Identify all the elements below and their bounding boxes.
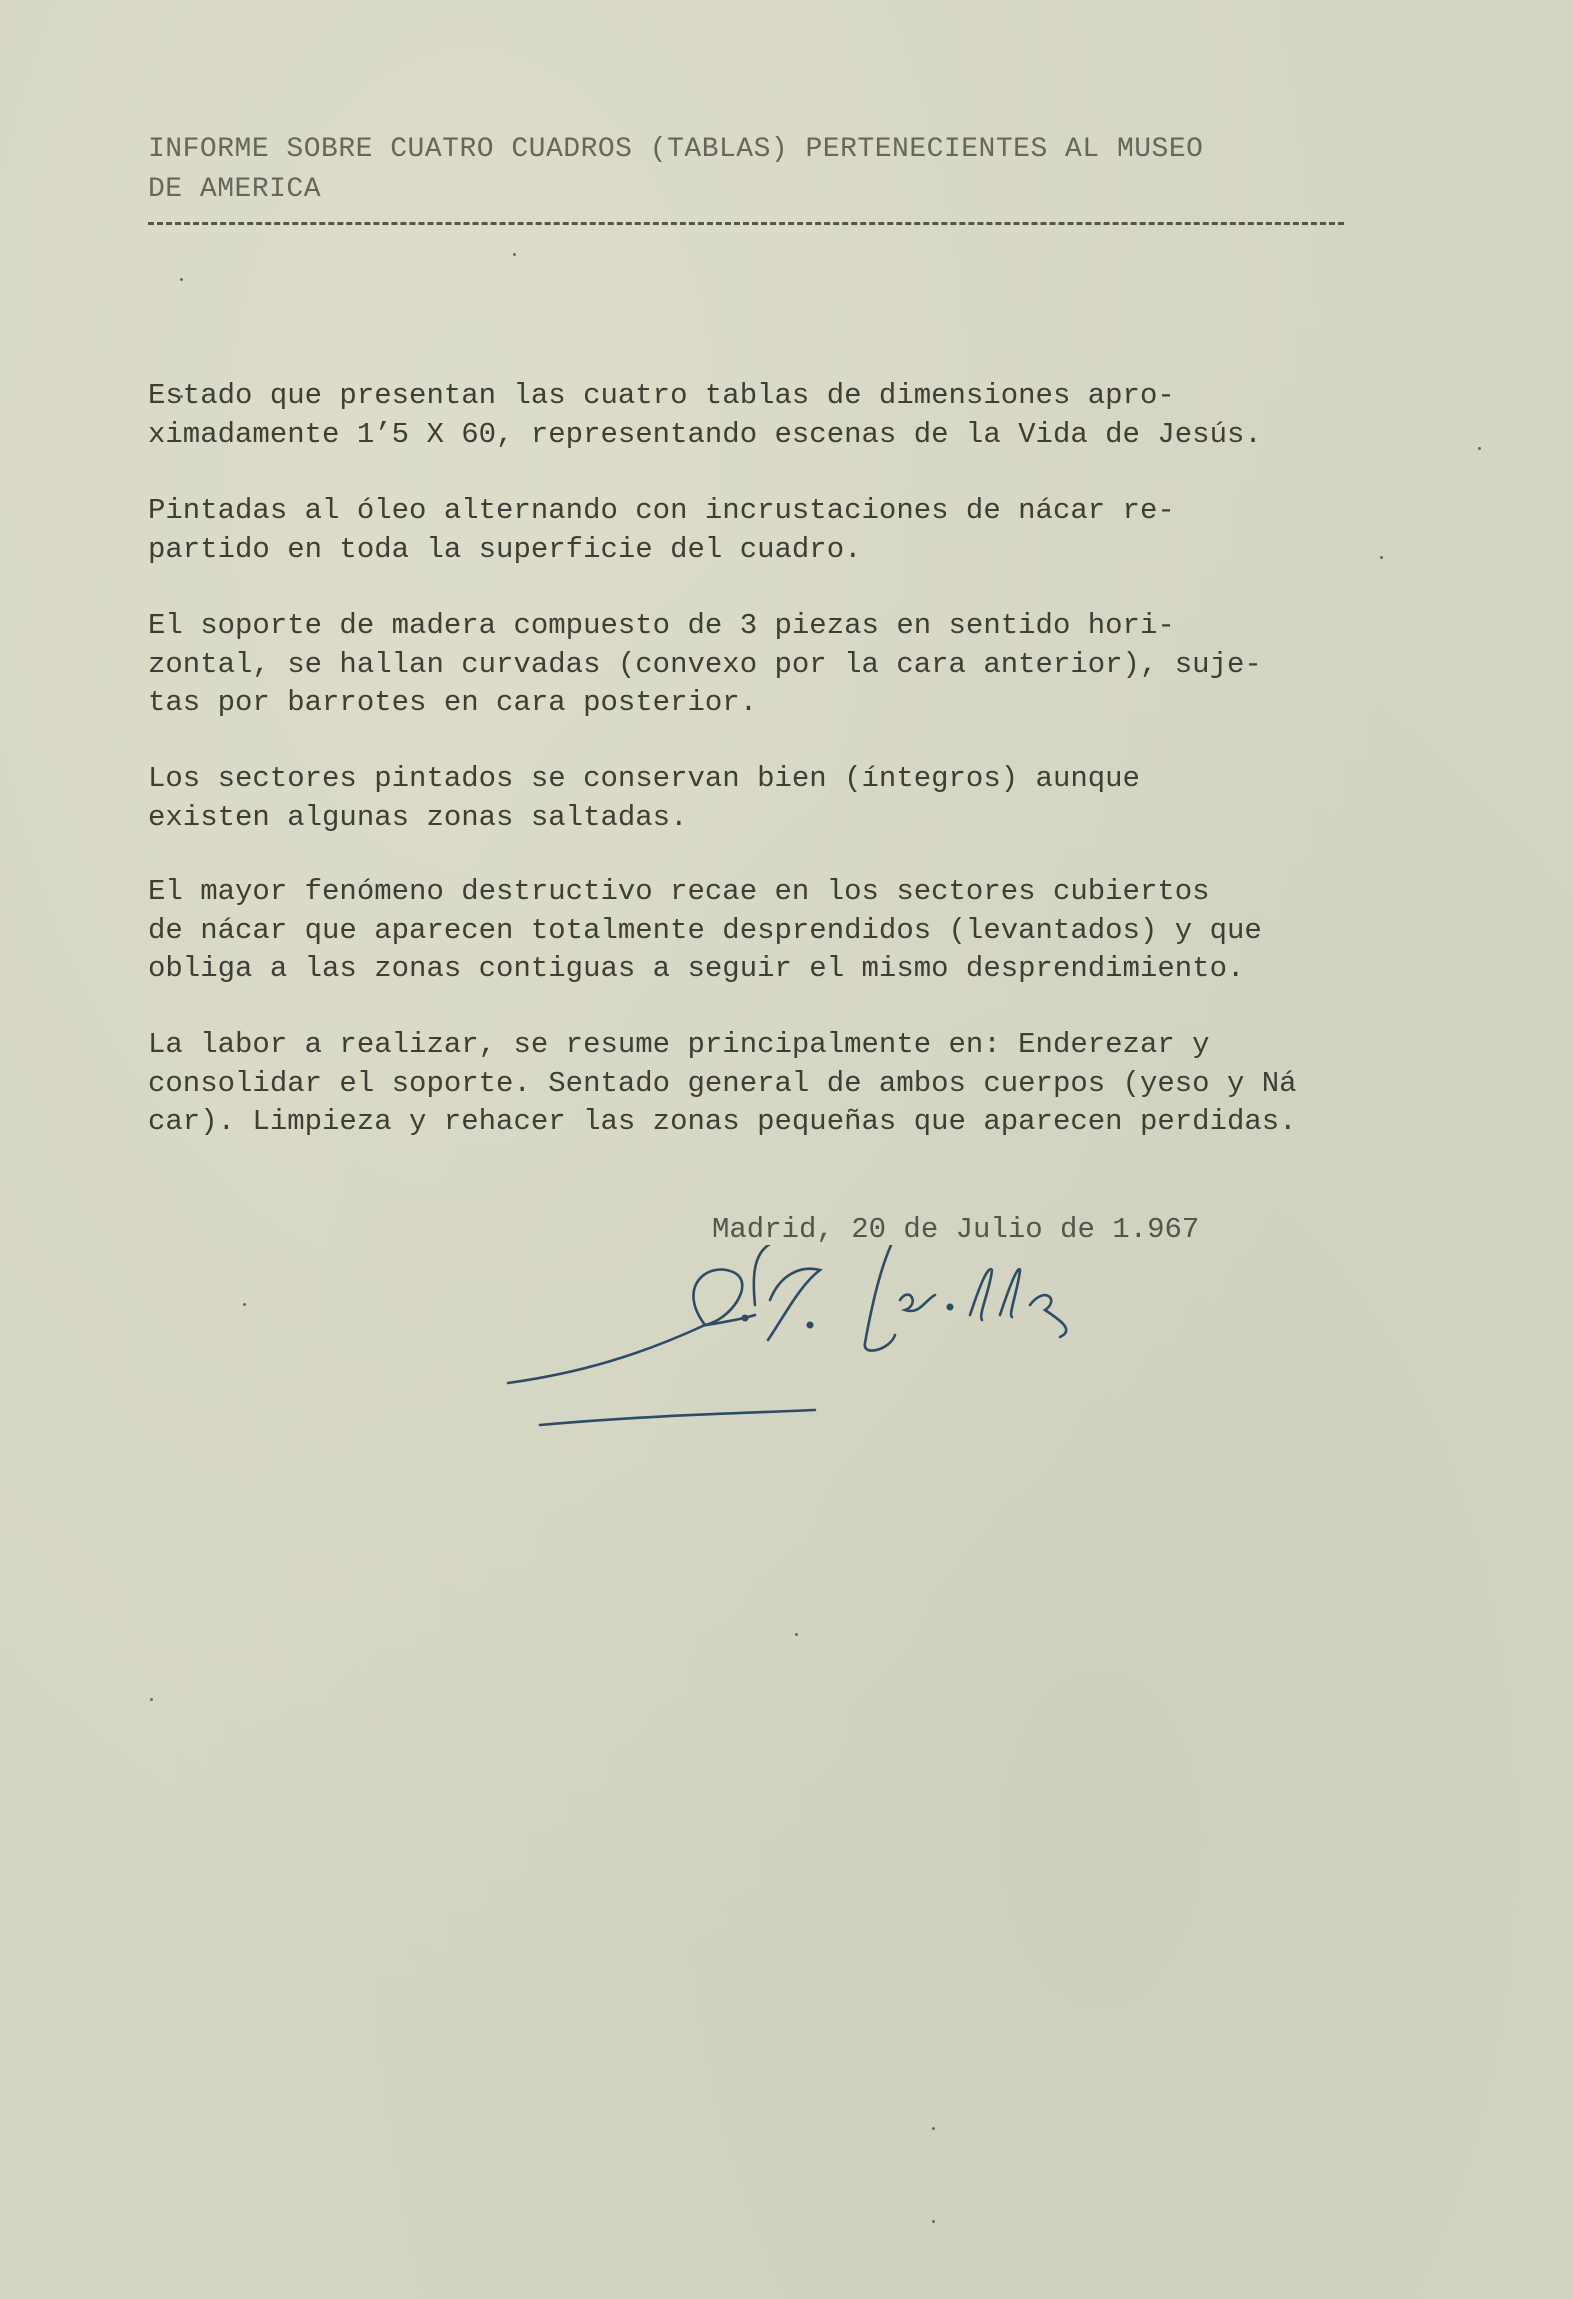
- document-page: INFORME SOBRE CUATRO CUADROS (TABLAS) PE…: [0, 0, 1573, 2299]
- paper-speck: [150, 1698, 153, 1701]
- paragraph-1: Estado que presentan las cuatro tablas d…: [148, 377, 1448, 454]
- paper-speck: [1380, 556, 1383, 559]
- paper-speck: [180, 395, 183, 398]
- paper-speck: [513, 253, 516, 256]
- paragraph-5: El mayor fenómeno destructivo recae en l…: [148, 873, 1448, 989]
- date-line: Madrid, 20 de Julio de 1.967: [712, 1213, 1199, 1246]
- paper-speck: [795, 1633, 798, 1636]
- paper-speck: [932, 2220, 935, 2223]
- paper-speck: [932, 2127, 935, 2130]
- paper-speck: [1478, 447, 1481, 450]
- paragraph-4: Los sectores pintados se conservan bien …: [148, 760, 1448, 837]
- handwritten-signature: [500, 1245, 1440, 1445]
- document-title: INFORME SOBRE CUATRO CUADROS (TABLAS) PE…: [148, 130, 1348, 210]
- paragraph-6: La labor a realizar, se resume principal…: [148, 1026, 1448, 1142]
- title-underline: [148, 222, 1344, 225]
- paper-speck: [243, 1303, 246, 1306]
- paragraph-3: El soporte de madera compuesto de 3 piez…: [148, 607, 1448, 723]
- paper-speck: [180, 278, 183, 281]
- paragraph-2: Pintadas al óleo alternando con incrusta…: [148, 492, 1448, 569]
